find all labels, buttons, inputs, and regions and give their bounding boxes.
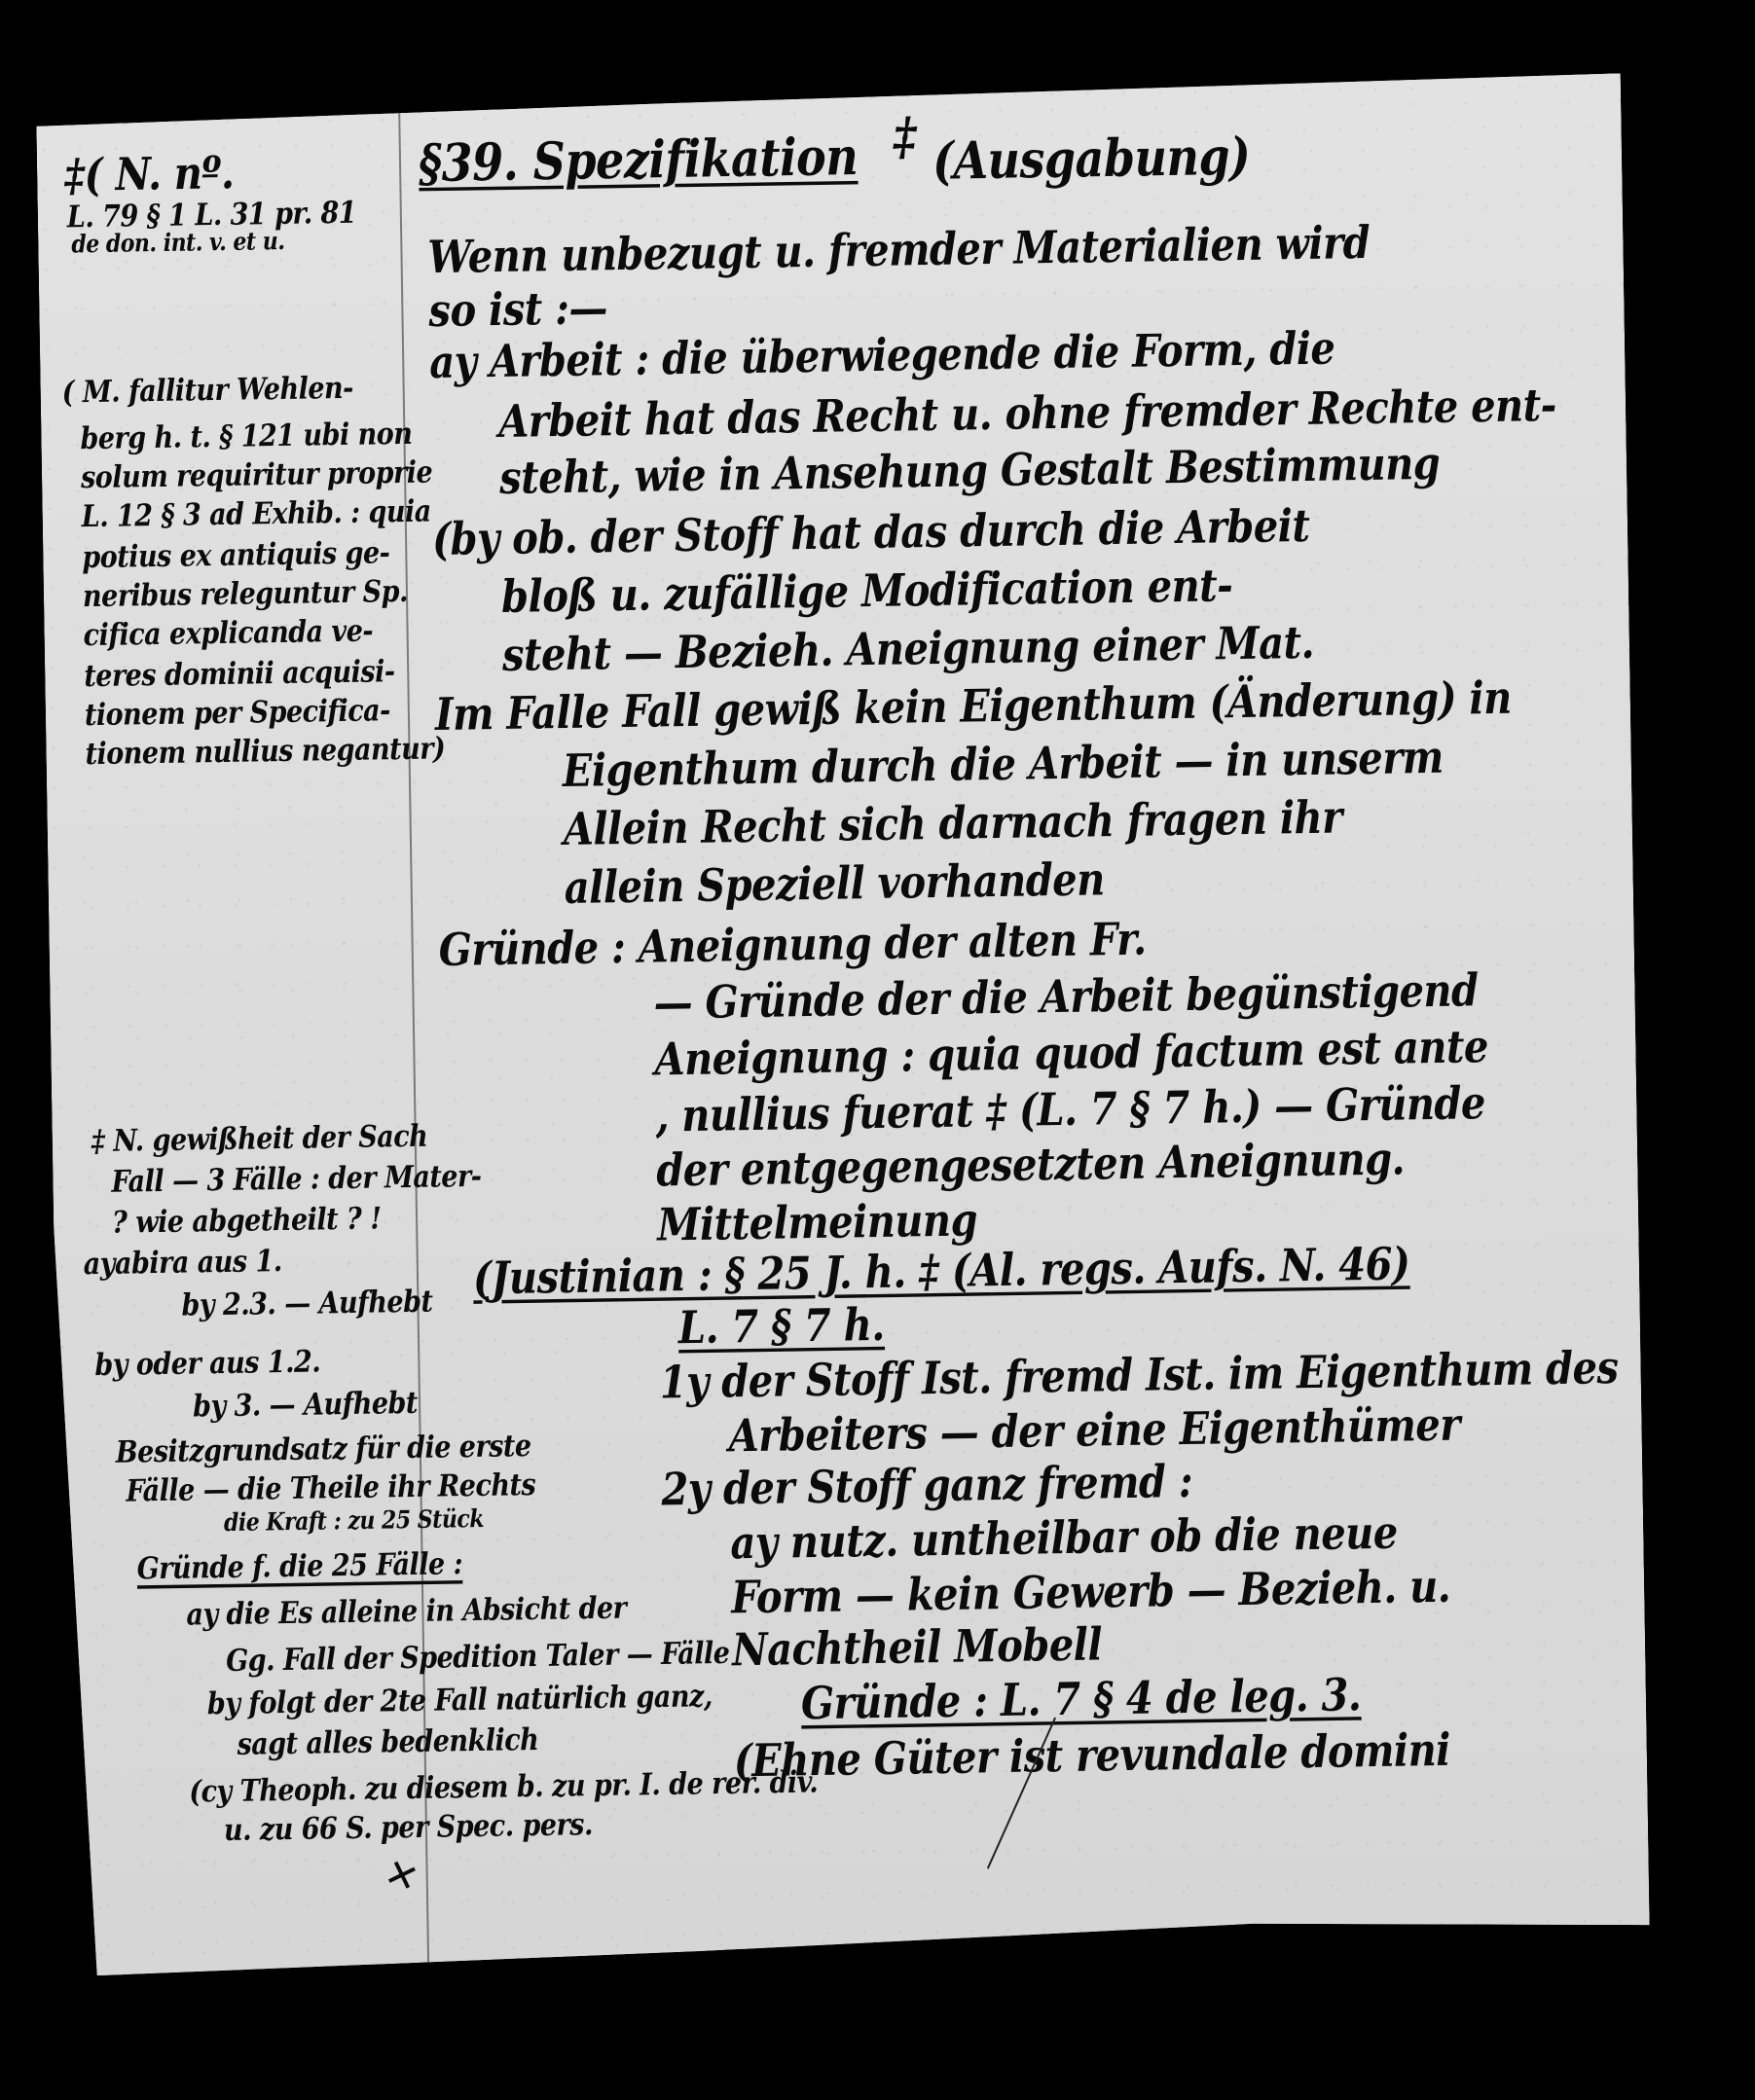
section-number-title: §39. Spezifikation <box>419 127 859 194</box>
margin-line: berg h. t. § 121 ubi non <box>80 416 413 456</box>
margin-line: tionem per Specifica- <box>85 694 390 734</box>
body-line: (Justinian : § 25 J. h. ‡ (Al. regs. Auf… <box>473 1238 1410 1305</box>
margin-line: ayabira aus 1. <box>83 1244 281 1282</box>
margin-line: sagt alles bedenklich <box>237 1722 538 1762</box>
section-number: §39. <box>419 131 519 194</box>
body-text: Wenn unbezugt u. fremder Materialien wir… <box>36 73 1621 98</box>
margin-note-1: ‡( N. nº. L. 79 § 1 L. 31 pr. 81 de don.… <box>36 73 1621 98</box>
margin-line: teres dominii acquisi- <box>84 655 395 695</box>
margin-line: neribus releguntur Sp. <box>83 574 408 614</box>
body-line: (by ob. der Stoff hat das durch die Arbe… <box>432 499 1310 565</box>
section-title: Spezifikation <box>532 127 858 192</box>
body-line: Form — kein Gewerb — Bezieh. u. <box>731 1560 1451 1624</box>
margin-note-3: ‡ N. gewißheit der Sach Fall — 3 Fälle :… <box>36 73 1621 98</box>
margin-line: cifica explicanda ve- <box>83 614 373 653</box>
body-line: so ist :— <box>428 282 607 338</box>
margin-line: by oder aus 1.2. <box>94 1345 320 1383</box>
margin-line: L. 12 § 3 ad Exhib. : quia <box>81 494 431 534</box>
margin-line: by 2.3. — Aufhebt <box>181 1285 433 1323</box>
margin-line: ? wie abgetheilt ? ! <box>112 1202 382 1241</box>
section-header: §39. Spezifikation ‡ (Ausgabung) <box>36 73 1621 98</box>
body-line: bloß u. zufällige Modification ent- <box>501 560 1233 624</box>
body-line: (Ehne Güter ist revundale domini <box>733 1723 1450 1788</box>
body-line: der entgegengesetzten Aneignung. <box>656 1133 1405 1197</box>
body-line: Aneignung : quia quod factum est ante <box>654 1021 1488 1086</box>
body-line: L. 7 § 7 h. <box>677 1298 885 1354</box>
margin-line: Fall — 3 Fälle : der Mater- <box>111 1159 481 1200</box>
body-line: steht — Bezieh. Aneignung einer Mat. <box>502 616 1315 681</box>
margin-note-2: ( M. fallitur Wehlen- berg h. t. § 121 u… <box>36 73 1621 98</box>
margin-line: de don. int. v. et u. <box>71 227 285 259</box>
margin-line: by folgt der 2te Fall natürlich ganz, <box>207 1680 713 1722</box>
body-line: allein Speziell vorhanden <box>564 853 1105 915</box>
margin-line: Gründe f. die 25 Fälle : <box>136 1547 462 1587</box>
manuscript-page: ‡( N. nº. L. 79 § 1 L. 31 pr. 81 de don.… <box>36 73 1650 1975</box>
body-line: Nachtheil Mobell <box>732 1618 1103 1677</box>
margin-line: (cy Theoph. zu diesem b. zu pr. I. de re… <box>189 1765 818 1810</box>
body-line: ay nutz. untheilbar ob die neue <box>730 1506 1398 1570</box>
body-line: Gründe : Aneignung der alten Fr. <box>438 913 1147 976</box>
margin-line: ‡ N. gewißheit der Sach <box>91 1119 428 1159</box>
cross-mark-icon: ✕ <box>379 1850 424 1902</box>
dagger-mark: ‡ <box>893 106 917 166</box>
section-subtitle: (Ausgabung) <box>932 126 1251 191</box>
margin-line: die Kraft : zu 25 Stück <box>224 1504 484 1538</box>
margin-line: ‡( N. nº. <box>64 147 235 202</box>
margin-line: ay die Es alleine in Absicht der <box>186 1591 626 1633</box>
body-line: Gründe : L. 7 § 4 de leg. 3. <box>801 1669 1362 1730</box>
margin-line: ( M. fallitur Wehlen- <box>61 371 353 410</box>
margin-line: Besitzgrundsatz für die erste <box>116 1429 531 1469</box>
body-line: 2y der Stoff ganz fremd : <box>661 1455 1192 1516</box>
margin-line: u. zu 66 S. per Spec. pers. <box>224 1807 593 1848</box>
margin-line: tionem nullius negantur) <box>85 732 445 772</box>
margin-line: Gg. Fall der Spedition Taler — Fälle <box>226 1636 730 1679</box>
body-line: — Gründe der die Arbeit begünstigend <box>653 964 1479 1030</box>
body-line: Eigenthum durch die Arbeit — in unserm <box>562 731 1444 797</box>
margin-line: Fälle — die Theile ihr Rechts <box>126 1467 535 1508</box>
margin-line: potius ex antiquis ge- <box>82 536 390 576</box>
body-line: Allein Recht sich darnach fragen ihr <box>563 791 1342 856</box>
body-line: Arbeiters — der eine Eigenthümer <box>728 1398 1460 1463</box>
body-line: Im Falle Fall gewiß kein Eigenthum (Ände… <box>435 671 1513 741</box>
margin-line: solum requiritur proprie <box>81 455 433 495</box>
body-line: Wenn unbezugt u. fremder Materialien wir… <box>427 216 1370 283</box>
body-line: steht, wie in Ansehung Gestalt Bestimmun… <box>499 437 1441 504</box>
margin-line: by 3. — Aufhebt <box>193 1386 418 1424</box>
body-line: Mittelmeinung <box>657 1194 978 1251</box>
